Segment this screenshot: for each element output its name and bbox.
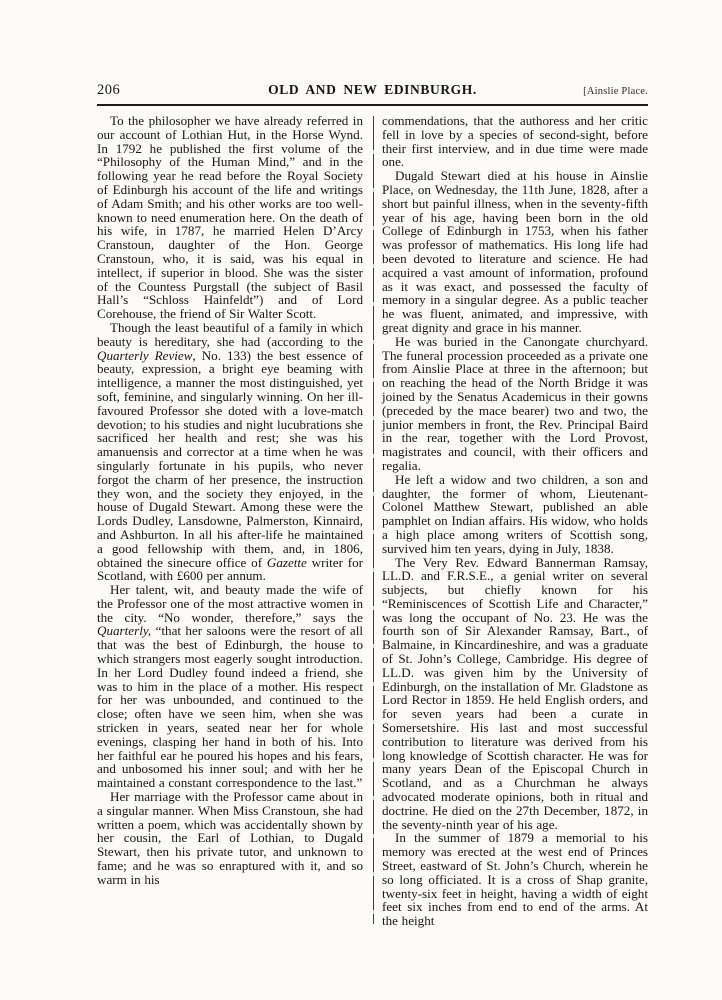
text-run: In the summer of 1879 a memorial to his …	[382, 830, 648, 928]
text-run: commendations, that the authoress and he…	[382, 113, 648, 169]
paragraph: He left a widow and two children, a son …	[382, 473, 648, 556]
page-header: 206 OLD AND NEW EDINBURGH. [Ainslie Plac…	[97, 82, 648, 106]
paragraph: commendations, that the authoress and he…	[382, 114, 648, 169]
paragraph: Her marriage with the Professor came abo…	[97, 790, 363, 887]
page-number: 206	[97, 82, 120, 99]
paragraph: Dugald Stewart died at his house in Ains…	[382, 169, 648, 335]
text-run: , No. 133) the best essence of beauty, e…	[97, 348, 363, 570]
paragraph: He was buried in the Canongate churchyar…	[382, 335, 648, 473]
paragraph: Her talent, wit, and beauty made the wif…	[97, 583, 363, 790]
italic-text: Quarterly Review	[97, 348, 192, 363]
text-run: Dugald Stewart died at his house in Ains…	[382, 168, 648, 335]
text-run: Her talent, wit, and beauty made the wif…	[97, 582, 363, 625]
text-run: The Very Rev. Edward Bannerman Ramsay, L…	[382, 555, 648, 832]
text-run: Her marriage with the Professor came abo…	[97, 789, 363, 887]
text-run: Though the least beautiful of a family i…	[97, 320, 363, 349]
text-run: To the philosopher we have already refer…	[97, 113, 363, 321]
text-run: He left a widow and two children, a son …	[382, 472, 648, 556]
page-title: OLD AND NEW EDINBURGH.	[268, 82, 477, 98]
column-divider	[373, 116, 374, 924]
running-head: [Ainslie Place.	[583, 86, 648, 97]
book-page: 206 OLD AND NEW EDINBURGH. [Ainslie Plac…	[0, 0, 722, 1000]
column-right: commendations, that the authoress and he…	[382, 114, 648, 928]
text-run: He was buried in the Canongate churchyar…	[382, 334, 648, 473]
paragraph: To the philosopher we have already refer…	[97, 114, 363, 321]
italic-text: Gazette	[267, 555, 307, 570]
text-columns: To the philosopher we have already refer…	[97, 114, 648, 928]
paragraph: In the summer of 1879 a memorial to his …	[382, 831, 648, 928]
column-left: To the philosopher we have already refer…	[97, 114, 363, 928]
paragraph: The Very Rev. Edward Bannerman Ramsay, L…	[382, 556, 648, 832]
italic-text: Quarterly,	[97, 623, 151, 638]
text-run: “that her saloons were the resort of all…	[97, 623, 363, 790]
paragraph: Though the least beautiful of a family i…	[97, 321, 363, 583]
